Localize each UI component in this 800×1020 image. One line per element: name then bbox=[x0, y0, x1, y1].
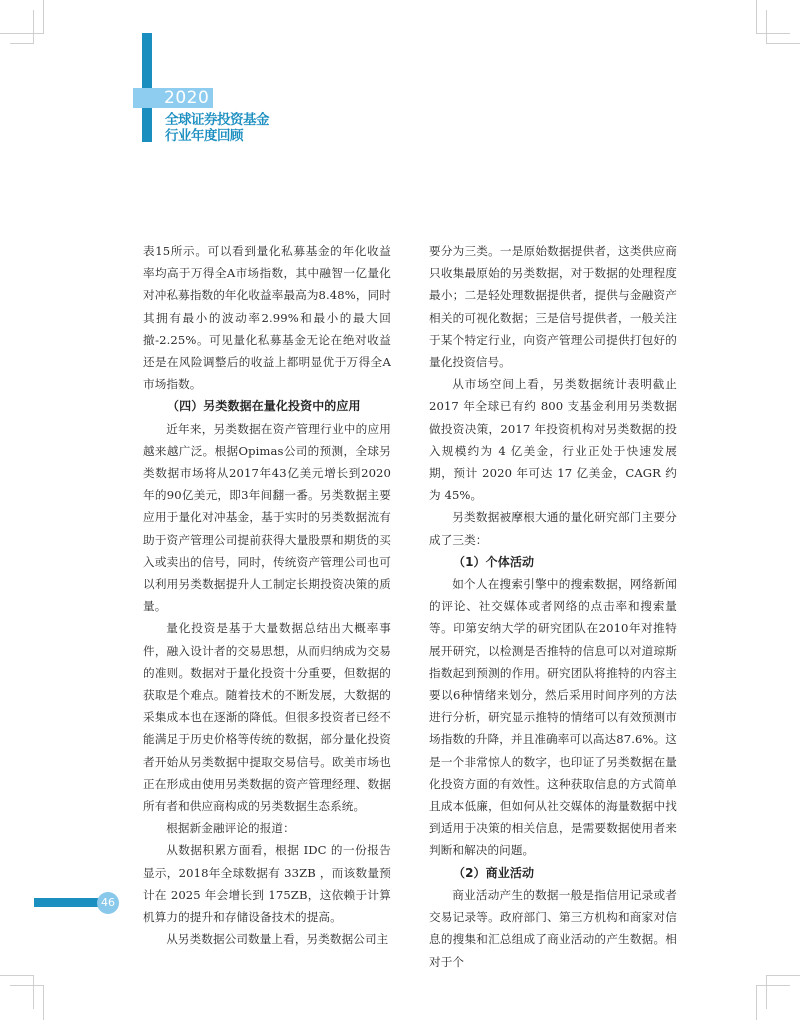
crop-mark-bl-v2 bbox=[43, 985, 44, 1020]
crop-mark-bl-h1 bbox=[0, 975, 34, 976]
crop-mark-tr-v2 bbox=[766, 10, 767, 44]
crop-mark-tr-v1 bbox=[756, 0, 757, 34]
crop-mark-tl-v1 bbox=[43, 0, 44, 34]
paragraph: 近年来，另类数据在资产管理行业中的应用越来越广泛。根据Opimas公司的预测，全… bbox=[143, 418, 391, 618]
left-column: 表15所示。可以看到量化私募基金的年化收益率均高于万得全A市场指数，其中融智一亿… bbox=[143, 240, 391, 951]
footer-accent-bar bbox=[34, 898, 104, 907]
crop-mark-br-v2 bbox=[756, 985, 757, 1020]
crop-mark-tl-h1 bbox=[0, 33, 44, 34]
section-heading: （四）另类数据在量化投资中的应用 bbox=[143, 395, 391, 417]
crop-mark-br-h2 bbox=[756, 985, 790, 986]
paragraph: 要分为三类。一是原始数据提供者，这类供应商只收集最原始的另类数据，对于数据的处理… bbox=[429, 240, 677, 373]
right-column: 要分为三类。一是原始数据提供者，这类供应商只收集最原始的另类数据，对于数据的处理… bbox=[429, 240, 677, 973]
header-title-line2: 行业年度回顾 bbox=[165, 128, 243, 144]
paragraph: 根据新金融评论的报道： bbox=[143, 817, 391, 839]
paragraph: 量化投资是基于大量数据总结出大概率事件，融入设计者的交易思想，从而归纳成为交易的… bbox=[143, 617, 391, 817]
paragraph: 从市场空间上看，另类数据统计表明截止 2017 年全球已有约 800 支基金利用… bbox=[429, 373, 677, 506]
crop-mark-bl-h2 bbox=[10, 985, 44, 986]
crop-mark-tl-v2 bbox=[33, 10, 34, 44]
subsection-heading: （2）商业活动 bbox=[429, 862, 677, 884]
subsection-heading: （1）个体活动 bbox=[429, 551, 677, 573]
paragraph: 从另类数据公司数量上看，另类数据公司主 bbox=[143, 928, 391, 950]
paragraph: 另类数据被摩根大通的量化研究部门主要分成了三类： bbox=[429, 506, 677, 550]
crop-mark-br-h1 bbox=[766, 975, 800, 976]
crop-mark-bl-v1 bbox=[33, 975, 34, 1009]
page-number: 46 bbox=[97, 892, 119, 914]
crop-mark-tr-h2 bbox=[766, 43, 800, 44]
paragraph: 如个人在搜索引擎中的搜索数据，网络新闻的评论、社交媒体或者网络的点击率和搜索量等… bbox=[429, 573, 677, 862]
header-year: 2020 bbox=[164, 87, 209, 109]
paragraph: 商业活动产生的数据一般是指信用记录或者交易记录等。政府部门、第三方机构和商家对信… bbox=[429, 884, 677, 973]
crop-mark-br-v1 bbox=[766, 975, 767, 1009]
header-title-line1: 全球证券投资基金 bbox=[165, 112, 269, 128]
crop-mark-tl-h2 bbox=[10, 43, 34, 44]
crop-mark-tr-h1 bbox=[756, 33, 790, 34]
paragraph: 从数据积累方面看，根据 IDC 的一份报告显示，2018年全球数据有 33ZB … bbox=[143, 839, 391, 928]
paragraph: 表15所示。可以看到量化私募基金的年化收益率均高于万得全A市场指数，其中融智一亿… bbox=[143, 240, 391, 395]
